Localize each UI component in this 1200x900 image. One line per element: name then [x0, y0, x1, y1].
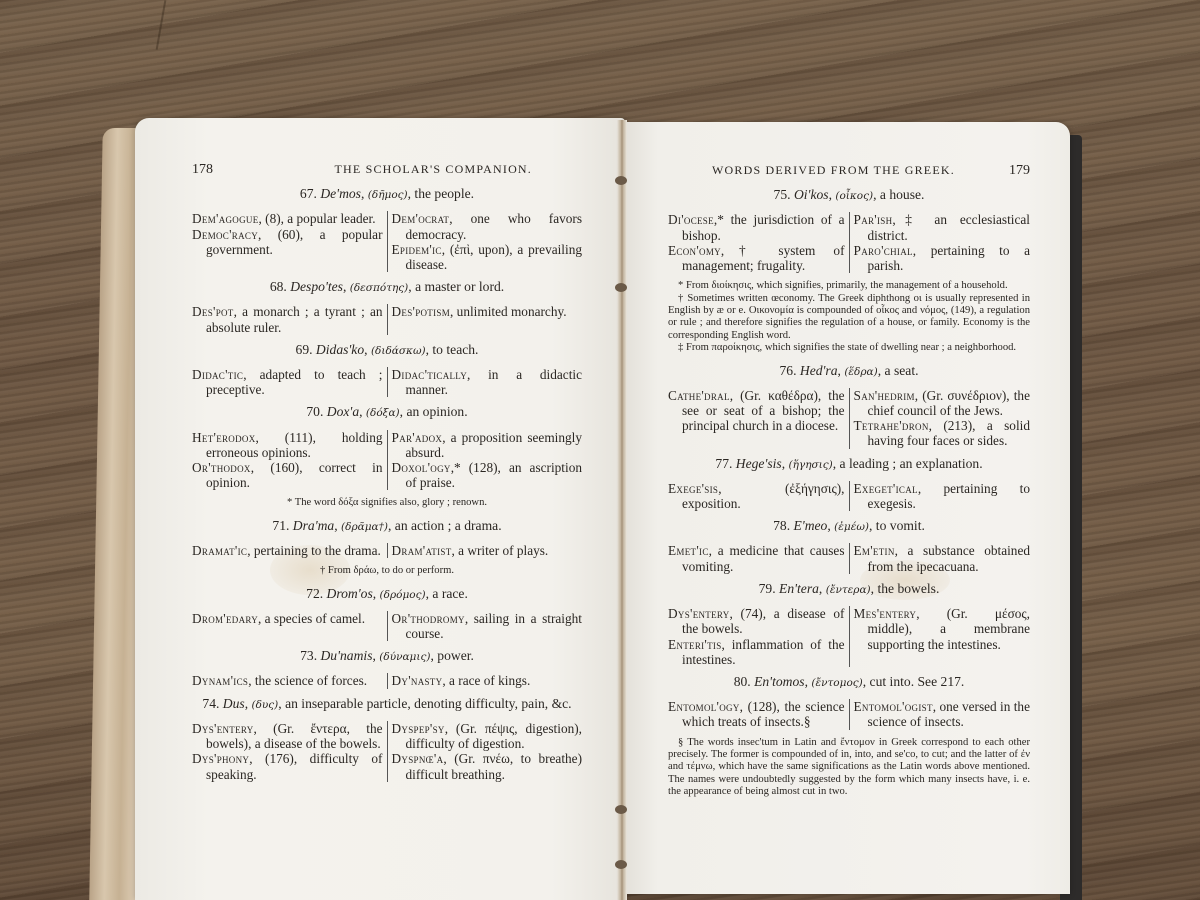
derivatives-left: Drom'edary, a species of camel. — [192, 611, 388, 641]
derivative-text: ,‡ an ecclesiastical district. — [868, 212, 1031, 242]
entry-heading: 73. Du'namis, (δύναμις), power. — [192, 648, 582, 665]
derivatives-left: Di'ocese,* the jurisdiction of a bishop.… — [668, 212, 850, 273]
entry-number: 73. — [300, 648, 320, 663]
greek-word: (δῆμος) — [368, 189, 408, 201]
footnote: * From διοίκησις, which signifies, prima… — [668, 280, 1030, 292]
derivative-definition: Dyspnœ'a, (Gr. πνέω, to breathe) difficu… — [392, 751, 583, 781]
entry-heading: 68. Despo'tes, (δεσπότης), a master or l… — [192, 279, 582, 296]
derivatives-columns: Dys'entery, (74), a disease of the bowel… — [668, 606, 1030, 667]
entry-meaning: , an action ; a drama. — [388, 518, 502, 533]
derivative-term: Exeget'ical — [854, 481, 918, 496]
derivative-term: Entomol'ogy — [668, 699, 740, 714]
greek-word: (διδάσκω) — [371, 345, 426, 357]
derivative-text: , pertaining to the drama. — [247, 543, 381, 558]
derivative-definition: Dys'entery, (74), a disease of the bowel… — [668, 606, 845, 636]
binding-stitch — [615, 860, 627, 869]
greek-word: (δυς) — [252, 699, 279, 711]
greek-word: (δεσπότης) — [350, 282, 409, 294]
derivatives-columns: Exege'sis, (ἐξήγησις), exposition.Exeget… — [668, 481, 1030, 511]
derivative-term: Paro'chial — [854, 243, 913, 258]
derivative-definition: Dem'agogue, (8), a popular leader. — [192, 211, 383, 226]
entry-heading: 67. De'mos, (δῆμος), the people. — [192, 186, 582, 203]
derivatives-left: Dys'entery, (74), a disease of the bowel… — [668, 606, 850, 667]
derivative-definition: Drom'edary, a species of camel. — [192, 611, 383, 626]
derivative-definition: Dyspep'sy, (Gr. πέψις, digestion), diffi… — [392, 721, 583, 751]
derivative-text: , unlimited monarchy. — [450, 304, 567, 319]
derivative-text: , a species of camel. — [258, 611, 365, 626]
entry-heading: 77. Hege'sis, (ἥγησις), a leading ; an e… — [668, 456, 1030, 473]
entry-meaning: , the people. — [408, 186, 474, 201]
entry-meaning: , a house. — [873, 187, 924, 202]
footnote: § The words insec'tum in Latin and ἔντομ… — [668, 737, 1030, 799]
entries-list: 75. Oi'kos, (οἶκος), a house.Di'ocese,* … — [668, 187, 1030, 798]
derivatives-left: Des'pot, a monarch ; a tyrant ; an absol… — [192, 304, 388, 334]
derivative-definition: Didac'tic, adapted to teach ; preceptive… — [192, 367, 383, 397]
entry-root: E'meo — [793, 518, 827, 533]
derivative-definition: Didac'tically, in a didactic manner. — [392, 367, 583, 397]
running-head: WORDS DERIVED FROM THE GREEK. 179 — [668, 163, 1030, 178]
derivative-term: Drom'edary — [192, 611, 258, 626]
derivatives-left: Dynam'ics, the science of forces. — [192, 673, 388, 688]
derivatives-right: Dyspep'sy, (Gr. πέψις, digestion), diffi… — [388, 721, 583, 782]
derivative-term: Entomol'ogist — [854, 699, 933, 714]
derivative-term: Epidem'ic — [392, 242, 442, 257]
derivative-term: Di'ocese — [668, 212, 714, 227]
entry-root: Despo'tes — [290, 279, 343, 294]
derivative-definition: Dem'ocrat, one who favors democracy. — [392, 211, 583, 241]
derivatives-right: Exeget'ical, pertaining to exegesis. — [850, 481, 1031, 511]
entry-heading: 69. Didas'ko, (διδάσκω), to teach. — [192, 342, 582, 359]
entry-meaning: , to vomit. — [869, 518, 925, 533]
entry-root: Dox'a — [327, 404, 359, 419]
entry-number: 67. — [300, 186, 320, 201]
entry-meaning: , an opinion. — [400, 404, 468, 419]
entry-root: Hege'sis — [736, 456, 782, 471]
derivative-term: Didac'tically — [392, 367, 468, 382]
derivative-definition: Doxol'ogy,* (128), an ascription of prai… — [392, 460, 583, 490]
derivative-term: Cathe'dral — [668, 388, 730, 403]
derivative-term: Or'thodromy — [392, 611, 465, 626]
derivative-term: Tetrahe'dron — [854, 418, 929, 433]
entry-root: Hed'ra — [800, 363, 838, 378]
derivatives-right: Mes'entery, (Gr. μέσος, middle), a membr… — [850, 606, 1031, 667]
derivative-definition: Dy'nasty, a race of kings. — [392, 673, 583, 688]
derivative-definition: Emet'ic, a medicine that causes vomiting… — [668, 543, 845, 573]
footnote: * The word δόξα signifies also, glory ; … — [192, 497, 582, 509]
derivative-definition: Entomol'ogist, one versed in the science… — [854, 699, 1031, 729]
greek-word: (ἐμέω) — [834, 521, 869, 533]
binding-stitch — [615, 283, 627, 292]
derivative-term: Or'thodox — [192, 460, 251, 475]
derivatives-columns: Di'ocese,* the jurisdiction of a bishop.… — [668, 212, 1030, 273]
entry-number: 72. — [306, 586, 326, 601]
right-page-content: WORDS DERIVED FROM THE GREEK. 179 75. Oi… — [668, 163, 1030, 807]
entry-root: Drom'os — [327, 586, 373, 601]
derivative-term: Dramat'ic — [192, 543, 247, 558]
floor-plank-seam — [156, 0, 167, 50]
footnotes: * From διοίκησις, which signifies, prima… — [668, 280, 1030, 354]
derivative-definition: Par'adox, a proposition seemingly absurd… — [392, 430, 583, 460]
derivative-term: Doxol'ogy — [392, 460, 451, 475]
greek-word: (ἔντομος) — [811, 677, 862, 689]
entry-heading: 71. Dra'ma, (δρᾶμα†), an action ; a dram… — [192, 518, 582, 535]
entry-meaning: , the bowels. — [871, 581, 940, 596]
footnote: † From δράω, to do or perform. — [192, 565, 582, 577]
derivative-term: Exege'sis — [668, 481, 718, 496]
derivative-definition: Or'thodox, (160), correct in opinion. — [192, 460, 383, 490]
derivative-term: Dys'entery — [192, 721, 254, 736]
greek-word: (ἔντερα) — [826, 584, 871, 596]
derivative-term: Dem'agogue — [192, 211, 259, 226]
derivative-definition: Des'potism, unlimited monarchy. — [392, 304, 583, 319]
entry-root: En'tera — [779, 581, 819, 596]
derivatives-left: Exege'sis, (ἐξήγησις), exposition. — [668, 481, 850, 511]
derivative-term: Des'pot — [192, 304, 234, 319]
entry-root: En'tomos — [754, 674, 805, 689]
derivative-term: Des'potism — [392, 304, 451, 319]
derivative-term: Em'etin — [854, 543, 895, 558]
entry-number: 70. — [306, 404, 326, 419]
entry-number: 77. — [715, 456, 735, 471]
entry-meaning: , cut into. See 217. — [863, 674, 965, 689]
derivative-term: Dyspep'sy — [392, 721, 445, 736]
derivative-text: , the science of forces. — [248, 673, 367, 688]
derivative-definition: Exeget'ical, pertaining to exegesis. — [854, 481, 1031, 511]
derivative-definition: Em'etin, a substance obtained from the i… — [854, 543, 1031, 573]
derivative-term: Dynam'ics — [192, 673, 248, 688]
entry-number: 79. — [759, 581, 779, 596]
derivative-term: Econ'omy — [668, 243, 721, 258]
derivatives-columns: Des'pot, a monarch ; a tyrant ; an absol… — [192, 304, 582, 334]
derivatives-left: Dys'entery, (Gr. ἔντερα, the bowels), a … — [192, 721, 388, 782]
derivatives-left: Dem'agogue, (8), a popular leader.Democ'… — [192, 211, 388, 272]
derivative-term: Par'adox — [392, 430, 443, 445]
left-page-content: 178 THE SCHOLAR'S COMPANION. 67. De'mos,… — [192, 162, 582, 789]
entry-number: 80. — [734, 674, 754, 689]
entry-heading: 70. Dox'a, (δόξα), an opinion. — [192, 404, 582, 421]
derivatives-right: Dem'ocrat, one who favors democracy.Epid… — [388, 211, 583, 272]
derivatives-columns: Dramat'ic, pertaining to the drama.Dram'… — [192, 543, 582, 558]
derivatives-right: Dram'atist, a writer of plays. — [388, 543, 583, 558]
derivative-definition: Dramat'ic, pertaining to the drama. — [192, 543, 383, 558]
derivative-text: , (8), a popular leader. — [259, 211, 376, 226]
derivatives-columns: Emet'ic, a medicine that causes vomiting… — [668, 543, 1030, 573]
entry-meaning: , a leading ; an explanation. — [833, 456, 983, 471]
derivative-definition: Paro'chial, pertaining to a parish. — [854, 243, 1031, 273]
entry-meaning: , a race. — [426, 586, 468, 601]
derivatives-columns: Drom'edary, a species of camel.Or'thodro… — [192, 611, 582, 641]
derivative-term: Dy'nasty — [392, 673, 443, 688]
derivatives-right: Par'adox, a proposition seemingly absurd… — [388, 430, 583, 491]
entry-number: 68. — [270, 279, 290, 294]
entry-root: Didas'ko — [316, 342, 364, 357]
derivative-term: Dem'ocrat — [392, 211, 450, 226]
derivatives-right: Didac'tically, in a didactic manner. — [388, 367, 583, 397]
footnotes: § The words insec'tum in Latin and ἔντομ… — [668, 737, 1030, 799]
entry-meaning: , power. — [430, 648, 473, 663]
derivative-term: Dyspnœ'a — [392, 751, 444, 766]
derivatives-right: Des'potism, unlimited monarchy. — [388, 304, 583, 334]
entry-number: 78. — [773, 518, 793, 533]
derivatives-left: Emet'ic, a medicine that causes vomiting… — [668, 543, 850, 573]
entry-root: Dus — [223, 696, 245, 711]
derivative-term: Het'erodox — [192, 430, 256, 445]
entry-heading: 80. En'tomos, (ἔντομος), cut into. See 2… — [668, 674, 1030, 691]
entry-number: 75. — [774, 187, 794, 202]
derivatives-left: Het'erodox, (111), holding erroneous opi… — [192, 430, 388, 491]
derivatives-left: Didac'tic, adapted to teach ; preceptive… — [192, 367, 388, 397]
entry-root: Oi'kos — [794, 187, 829, 202]
derivatives-columns: Cathe'dral, (Gr. καθέδρα), the see or se… — [668, 388, 1030, 449]
greek-word: (ἥγησις) — [789, 459, 833, 471]
greek-word: (δρόμος) — [380, 589, 426, 601]
page-number: 179 — [1009, 163, 1030, 178]
derivative-term: Democ'racy — [192, 227, 258, 242]
entry-heading: 78. E'meo, (ἐμέω), to vomit. — [668, 518, 1030, 535]
page-number: 178 — [192, 162, 213, 177]
entry-heading: 72. Drom'os, (δρόμος), a race. — [192, 586, 582, 603]
derivative-definition: Enteri'tis, inflammation of the intestin… — [668, 637, 845, 667]
derivatives-right: San'hedrim, (Gr. συνέδριον), the chief c… — [850, 388, 1031, 449]
binding-stitch — [615, 176, 627, 185]
derivative-text: , a race of kings. — [442, 673, 530, 688]
derivative-term: San'hedrim — [854, 388, 915, 403]
running-title: THE SCHOLAR'S COMPANION. — [334, 162, 532, 177]
derivative-term: Par'ish — [854, 212, 893, 227]
book-gutter — [617, 120, 627, 900]
entry-number: 76. — [779, 363, 799, 378]
derivative-definition: San'hedrim, (Gr. συνέδριον), the chief c… — [854, 388, 1031, 418]
footnote: ‡ From παροίκησις, which signifies the s… — [668, 342, 1030, 354]
greek-word: (δρᾶμα†) — [341, 521, 388, 533]
running-title: WORDS DERIVED FROM THE GREEK. — [712, 163, 955, 178]
derivatives-left: Dramat'ic, pertaining to the drama. — [192, 543, 388, 558]
entry-number: 69. — [296, 342, 316, 357]
derivative-definition: Mes'entery, (Gr. μέσος, middle), a membr… — [854, 606, 1031, 652]
derivative-definition: Dram'atist, a writer of plays. — [392, 543, 583, 558]
entry-heading: 76. Hed'ra, (ἕδρα), a seat. — [668, 363, 1030, 380]
derivatives-right: Em'etin, a substance obtained from the i… — [850, 543, 1031, 573]
derivative-definition: Entomol'ogy, (128), the science which tr… — [668, 699, 845, 729]
entry-root: Dra'ma — [293, 518, 334, 533]
derivatives-columns: Dys'entery, (Gr. ἔντερα, the bowels), a … — [192, 721, 582, 782]
derivative-definition: Des'pot, a monarch ; a tyrant ; an absol… — [192, 304, 383, 334]
entry-heading: 79. En'tera, (ἔντερα), the bowels. — [668, 581, 1030, 598]
entry-meaning: , to teach. — [426, 342, 479, 357]
derivatives-right: Entomol'ogist, one versed in the science… — [850, 699, 1031, 729]
derivative-definition: Democ'racy, (60), a popular government. — [192, 227, 383, 257]
derivative-definition: Het'erodox, (111), holding erroneous opi… — [192, 430, 383, 460]
derivative-term: Dys'entery — [668, 606, 730, 621]
greek-word: (ἕδρα) — [844, 366, 877, 378]
derivative-definition: Dynam'ics, the science of forces. — [192, 673, 383, 688]
entry-meaning: , a seat. — [878, 363, 919, 378]
derivatives-columns: Het'erodox, (111), holding erroneous opi… — [192, 430, 582, 491]
derivative-definition: Tetrahe'dron, (213), a solid having four… — [854, 418, 1031, 448]
entries-list: 67. De'mos, (δῆμος), the people.Dem'agog… — [192, 186, 582, 782]
derivatives-columns: Dynam'ics, the science of forces.Dy'nast… — [192, 673, 582, 688]
binding-stitch — [615, 805, 627, 814]
entry-root: Du'namis — [320, 648, 372, 663]
greek-word: (δόξα) — [366, 407, 400, 419]
entry-root: De'mos — [320, 186, 361, 201]
derivatives-left: Cathe'dral, (Gr. καθέδρα), the see or se… — [668, 388, 850, 449]
derivative-definition: Par'ish,‡ an ecclesiastical district. — [854, 212, 1031, 242]
derivatives-left: Entomol'ogy, (128), the science which tr… — [668, 699, 850, 729]
entry-number: 74. — [202, 696, 222, 711]
greek-word: (οἶκος) — [835, 190, 873, 202]
derivatives-right: Or'thodromy, sailing in a straight cours… — [388, 611, 583, 641]
derivative-term: Didac'tic — [192, 367, 243, 382]
derivative-term: Enteri'tis — [668, 637, 722, 652]
derivative-definition: Exege'sis, (ἐξήγησις), exposition. — [668, 481, 845, 511]
derivatives-columns: Entomol'ogy, (128), the science which tr… — [668, 699, 1030, 729]
derivative-definition: Epidem'ic, (ἐπὶ, upon), a prevailing dis… — [392, 242, 583, 272]
derivative-text: , a writer of plays. — [452, 543, 549, 558]
derivatives-columns: Dem'agogue, (8), a popular leader.Democ'… — [192, 211, 582, 272]
entry-heading: 74. Dus, (δυς), an inseparable particle,… — [192, 696, 582, 713]
derivative-term: Emet'ic — [668, 543, 709, 558]
derivative-definition: Econ'omy,† system of management; frugali… — [668, 243, 845, 273]
footnote: † Sometimes written œconomy. The Greek d… — [668, 293, 1030, 343]
entry-number: 71. — [272, 518, 292, 533]
derivative-definition: Or'thodromy, sailing in a straight cours… — [392, 611, 583, 641]
derivative-term: Dys'phony — [192, 751, 249, 766]
entry-meaning: , a master or lord. — [408, 279, 504, 294]
derivative-definition: Cathe'dral, (Gr. καθέδρα), the see or se… — [668, 388, 845, 434]
derivatives-right: Dy'nasty, a race of kings. — [388, 673, 583, 688]
derivative-term: Mes'entery — [854, 606, 917, 621]
derivative-definition: Dys'phony, (176), difficulty of speaking… — [192, 751, 383, 781]
greek-word: (δύναμις) — [379, 651, 430, 663]
derivative-definition: Dys'entery, (Gr. ἔντερα, the bowels), a … — [192, 721, 383, 751]
running-head: 178 THE SCHOLAR'S COMPANION. — [192, 162, 582, 177]
entry-heading: 75. Oi'kos, (οἶκος), a house. — [668, 187, 1030, 204]
derivative-definition: Di'ocese,* the jurisdiction of a bishop. — [668, 212, 845, 242]
derivatives-columns: Didac'tic, adapted to teach ; preceptive… — [192, 367, 582, 397]
derivatives-right: Par'ish,‡ an ecclesiastical district.Par… — [850, 212, 1031, 273]
entry-meaning: , an inseparable particle, denoting diff… — [278, 696, 571, 711]
derivative-term: Dram'atist — [392, 543, 452, 558]
